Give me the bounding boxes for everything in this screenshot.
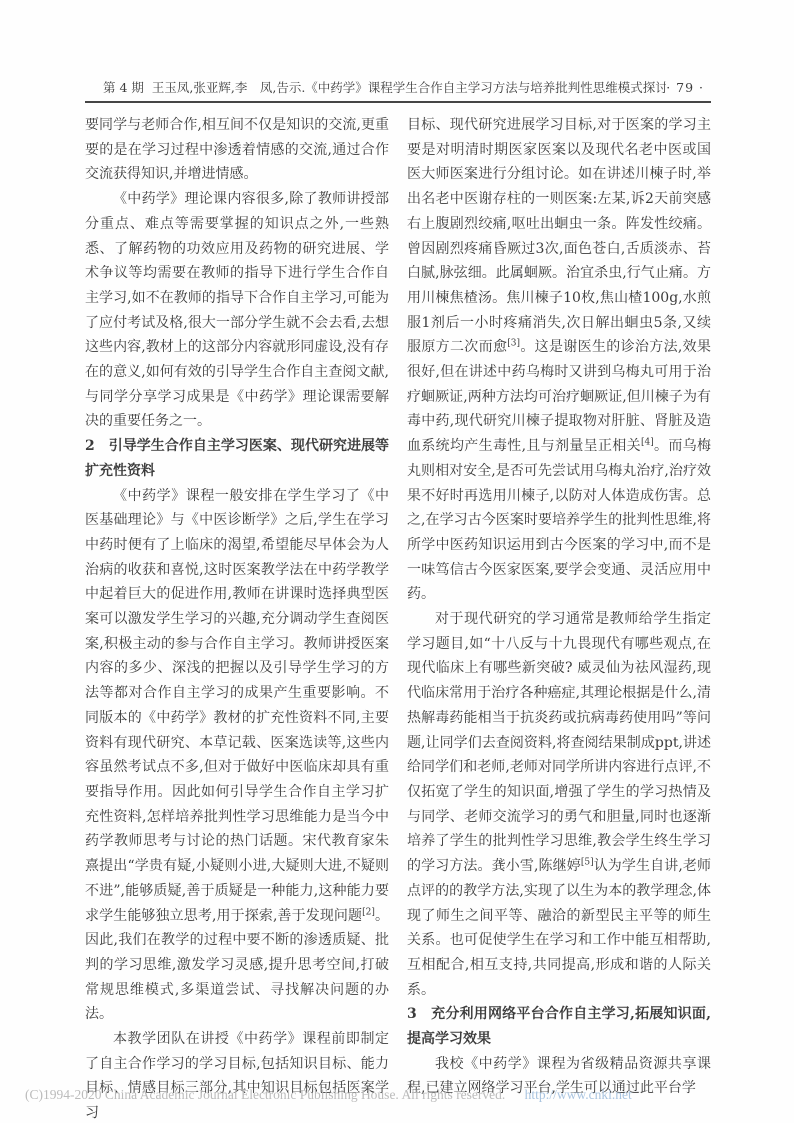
cnki-footer: (C)1994-2020 China Academic Journal Elec… [25,1087,632,1103]
running-title: 王玉凤,张亚辉,李 凤,告示.《中药学》课程学生合作自主学习方法与培养批判性思维… [144,78,666,96]
header-rule [85,101,711,103]
running-header: 第 4 期 王玉凤,张亚辉,李 凤,告示.《中药学》课程学生合作自主学习方法与培… [85,78,710,96]
paragraph: 《中药学》课程一般安排在学生学习了《中医基础理论》与《中医诊断学》之后,学生在学… [85,484,389,1027]
paragraph: 本教学团队在讲授《中药学》课程前即制定了自主合作学习的学习目标,包括知识目标、能… [85,1027,389,1123]
issue-label: 第 4 期 [85,78,144,96]
cnki-url: http://www.cnki.net [525,1087,632,1102]
journal-page: 第 4 期 王玉凤,张亚辉,李 凤,告示.《中药学》课程学生合作自主学习方法与培… [0,0,794,1123]
paragraph: 对于现代研究的学习通常是教师给学生指定学习题目,如“十八反与十九畏现代有哪些观点… [407,607,711,1002]
article-column-left: 要同学与老师合作,相互间不仅是知识的交流,更重要的是在学习过程中渗透着情感的交流… [85,113,389,1123]
page-number: · 79 · [666,80,710,95]
section-heading: 2 引导学生合作自主学习医案、现代研究进展等扩充性资料 [85,434,389,483]
copyright-notice: (C)1994-2020 China Academic Journal Elec… [25,1087,505,1102]
paragraph: 要同学与老师合作,相互间不仅是知识的交流,更重要的是在学习过程中渗透着情感的交流… [85,113,389,187]
section-heading: 3 充分利用网络平台合作自主学习,拓展知识面,提高学习效果 [407,1002,711,1051]
paragraph: 《中药学》理论课内容很多,除了教师讲授部分重点、难点等需要掌握的知识点之外,一些… [85,187,389,434]
paragraph: 目标、现代研究进展学习目标,对于医案的学习主要是对明清时期医家医案以及现代名老中… [407,113,711,607]
article-column-right: 目标、现代研究进展学习目标,对于医案的学习主要是对明清时期医家医案以及现代名老中… [407,113,711,1123]
article-body: 要同学与老师合作,相互间不仅是知识的交流,更重要的是在学习过程中渗透着情感的交流… [85,113,711,1123]
